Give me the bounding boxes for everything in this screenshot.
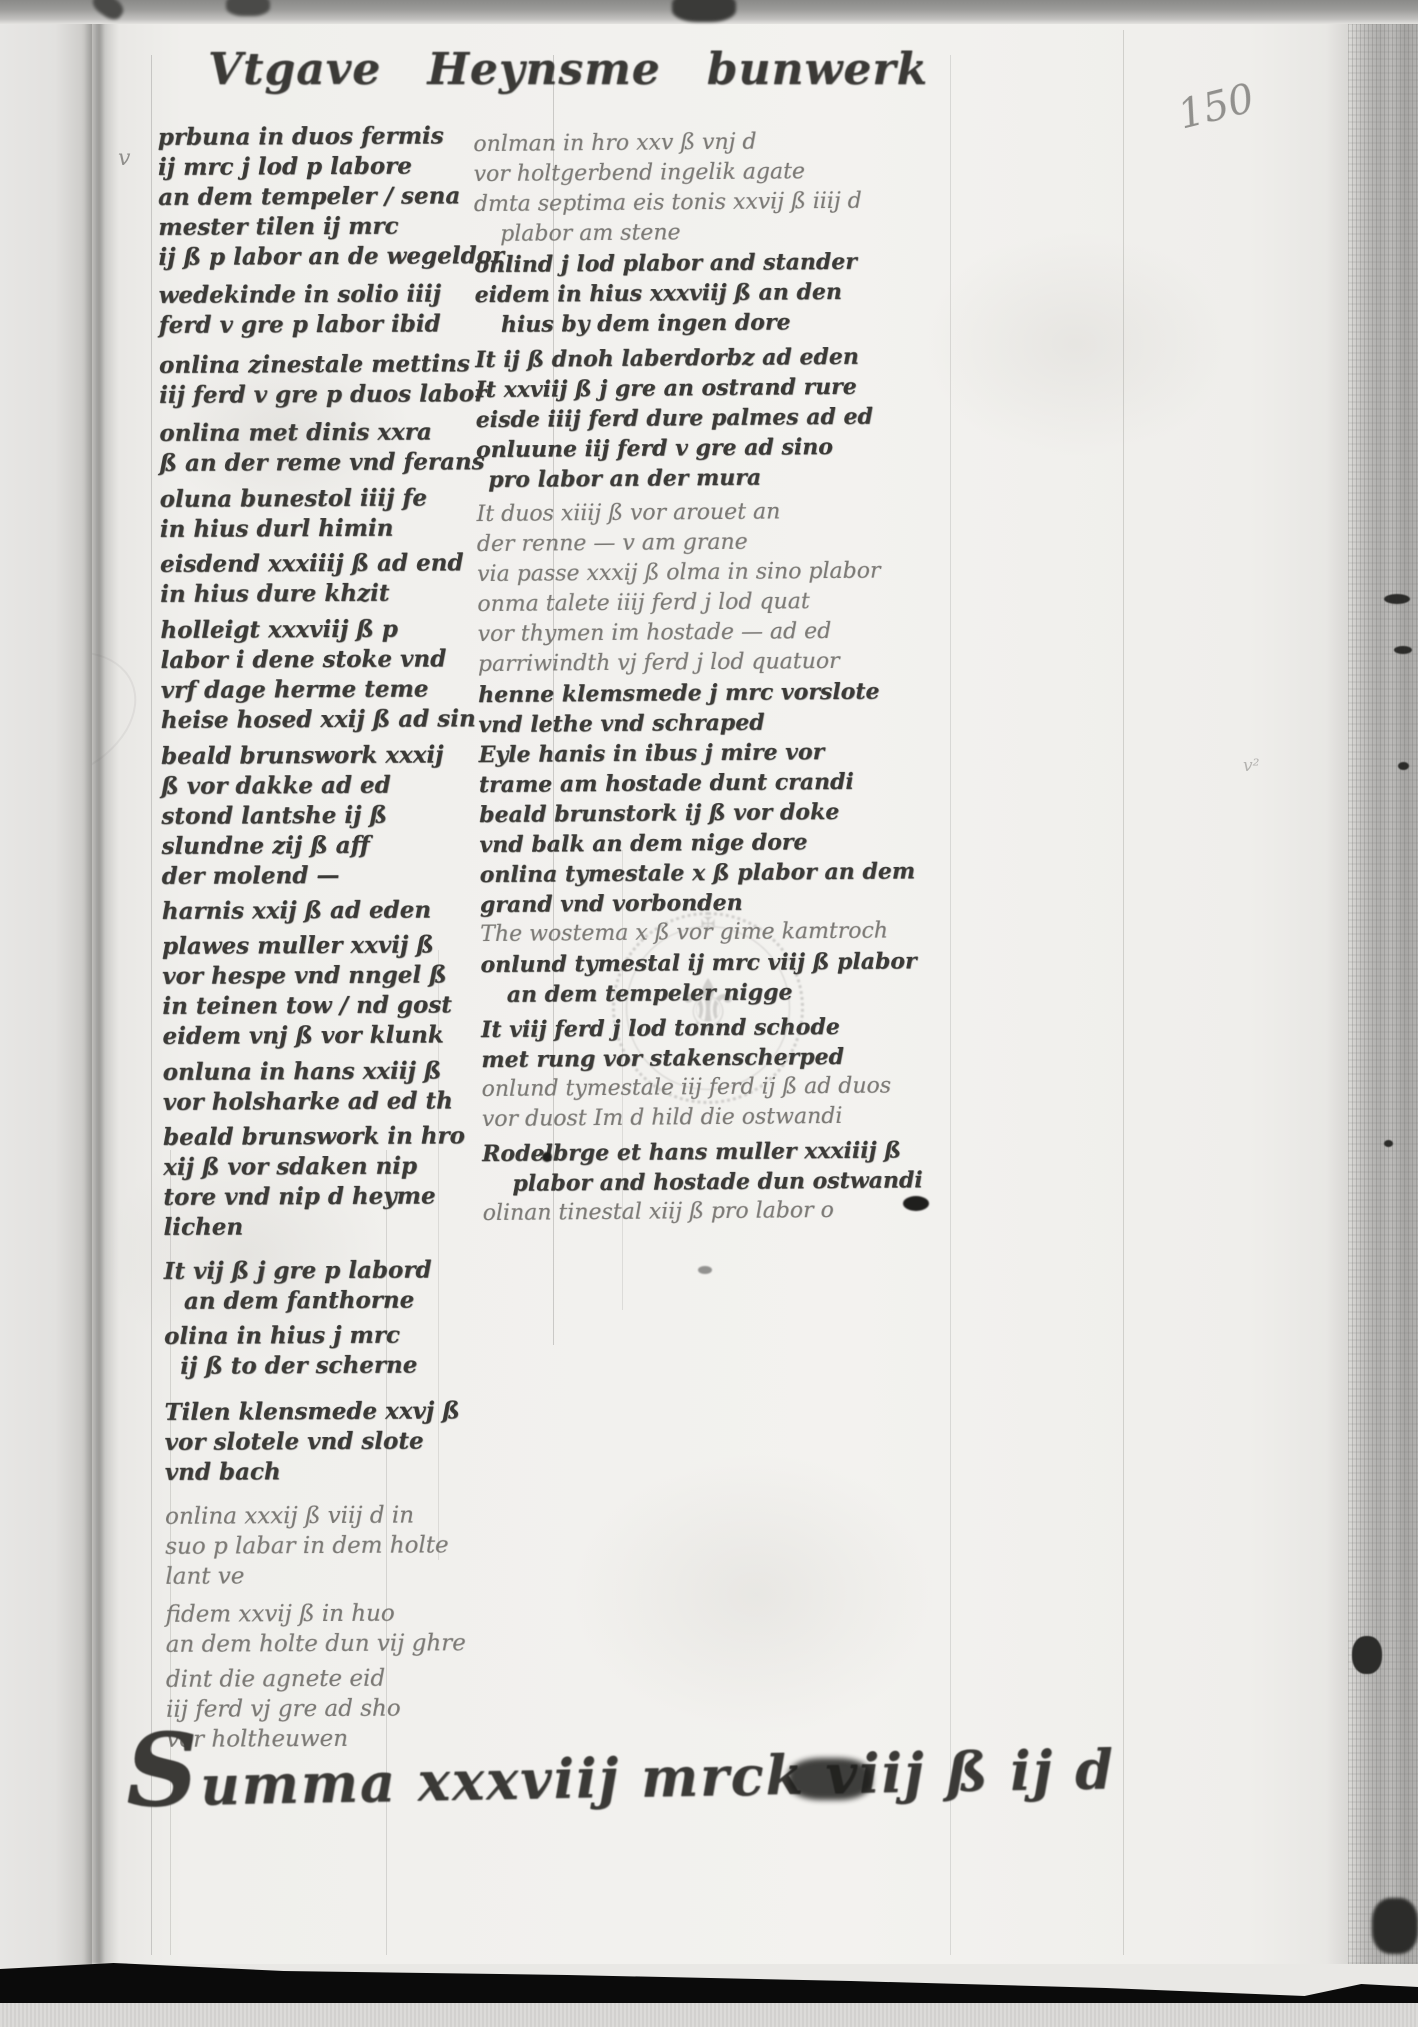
edge-speck xyxy=(1384,594,1410,604)
manuscript-line: eisde iiij ferd dure palmes ad ed xyxy=(476,401,956,435)
manuscript-line: oluna bunestol iiij fe xyxy=(160,483,490,515)
manuscript-line: lichen xyxy=(163,1211,493,1243)
manuscript-line: onlina met dinis xxra xyxy=(159,417,489,449)
manuscript-line: suo p labar in dem holte xyxy=(165,1530,495,1562)
manuscript-line: olinan tinestal xiij ß pro labor o xyxy=(483,1195,963,1229)
manuscript-line: eisdend xxxiiij ß ad end xyxy=(160,548,490,580)
heading-word: bunwerk xyxy=(707,44,928,95)
manuscript-line: in hius dure khzit xyxy=(160,578,490,610)
ruling-line xyxy=(151,55,152,1955)
edge-speck xyxy=(1352,1636,1382,1674)
book-bottom-shadow xyxy=(0,1958,1418,2008)
manuscript-line: ß an der reme vnd ferans xyxy=(159,447,489,479)
manuscript-line: vor duost Im d hild die ostwandi xyxy=(482,1101,962,1135)
manuscript-line: an dem tempeler nigge xyxy=(481,976,961,1010)
margin-check-mark: v xyxy=(118,146,130,171)
manuscript-line: henne klemsmede j mrc vorslote xyxy=(478,676,958,710)
manuscript-line: grand vnd vorbonden xyxy=(480,886,960,920)
scan-background-strip xyxy=(0,2003,1418,2027)
manuscript-line: iij ferd vj gre ad sho xyxy=(166,1693,496,1725)
manuscript-line: vor thymen im hostade — ad ed xyxy=(477,616,957,650)
manuscript-line: ferd v gre p labor ibid xyxy=(159,309,489,341)
manuscript-line: plawes muller xxvij ß xyxy=(162,930,492,962)
ink-blot xyxy=(542,1152,552,1162)
manuscript-line: iij ferd v gre p duos labor xyxy=(159,379,489,411)
manuscript-line: an dem fanthorne xyxy=(164,1285,494,1317)
manuscript-line: onlman in hro xxv ß vnj d xyxy=(473,126,953,160)
manuscript-line: dmta septima eis tonis xxvij ß iiij d xyxy=(474,186,954,220)
edge-speck xyxy=(1398,762,1409,770)
manuscript-line: It duos xiiij ß vor arouet an xyxy=(476,496,956,530)
manuscript-line: ij mrc j lod p labore xyxy=(158,151,488,183)
manuscript-line: onlina xxxij ß viij d in xyxy=(165,1500,495,1532)
manuscript-line: wedekinde in solio iiij xyxy=(159,279,489,311)
gutter-shadow xyxy=(84,12,118,1964)
margin-note-mark: v² xyxy=(1243,756,1259,776)
manuscript-line: an dem tempeler / sena xyxy=(158,181,488,213)
manuscript-line: ß vor dakke ad ed xyxy=(161,770,491,802)
manuscript-line: It viij ferd j lod tonnd schode xyxy=(481,1011,961,1045)
manuscript-line: onlina tymestale x ß plabor an dem xyxy=(480,856,960,890)
manuscript-line: olina in hius j mrc xyxy=(164,1320,494,1352)
ruling-line xyxy=(1123,30,1124,1955)
edge-speck xyxy=(1384,1140,1393,1147)
manuscript-line: labor i dene stoke vnd xyxy=(160,644,490,676)
manuscript-line: xij ß vor sdaken nip xyxy=(163,1151,493,1183)
manuscript-line: hius by dem ingen dore xyxy=(475,306,955,340)
page-heading: VtgaveHeynsmebunwerk xyxy=(208,44,974,95)
manuscript-line: plabor and hostade dun ostwandi xyxy=(482,1165,962,1199)
manuscript-line: slundne zij ß aff xyxy=(161,830,491,862)
previous-page-edge xyxy=(0,12,92,1967)
manuscript-line: beald brunswork xxxij xyxy=(161,740,491,772)
manuscript-line: tore vnd nip d heyme xyxy=(163,1181,493,1213)
manuscript-line: prbuna in duos fermis xyxy=(158,121,488,153)
heading-word: Heynsme xyxy=(427,44,660,95)
manuscript-line: onluune iij ferd v gre ad sino xyxy=(476,431,956,465)
manuscript-line: pro labor an der mura xyxy=(476,461,956,495)
manuscript-line: eidem vnj ß vor klunk xyxy=(162,1020,492,1052)
manuscript-line: Rodelbrge et hans muller xxxiiij ß xyxy=(482,1135,962,1169)
manuscript-line: ij ß p labor an de wegeldor xyxy=(158,241,488,273)
manuscript-line: eidem in hius xxxviij ß an den xyxy=(475,276,955,310)
manuscript-line: beald brunswork in hro xyxy=(163,1121,493,1153)
manuscript-line: mester tilen ij mrc xyxy=(158,211,488,243)
manuscript-line: onluna in hans xxiij ß xyxy=(163,1056,493,1088)
manuscript-line: vor holtgerbend ingelik agate xyxy=(473,156,953,190)
manuscript-line: vrf dage herme teme xyxy=(161,674,491,706)
top-edge-mark xyxy=(226,0,270,16)
heading-word: Vtgave xyxy=(208,44,381,95)
manuscript-line: onma talete iiij ferd j lod quat xyxy=(477,586,957,620)
manuscript-line: plabor am stene xyxy=(474,216,954,250)
edge-speck xyxy=(1394,646,1412,654)
manuscript-scan: ✠ ⚜ VtgaveHeynsmebunwerk 150 v v² prbuna… xyxy=(0,0,1418,2027)
manuscript-line: vor slotele vnd slote xyxy=(165,1426,495,1458)
manuscript-line: The wostema x ß vor gime kamtroch xyxy=(480,916,960,950)
manuscript-line: lant ve xyxy=(165,1560,495,1592)
manuscript-line: onlind j lod plabor and stander xyxy=(474,246,954,280)
manuscript-line: onlund tymestal ij mrc viij ß plabor xyxy=(480,946,960,980)
manuscript-line: trame am hostade dunt crandi xyxy=(479,766,959,800)
manuscript-line: It ij ß dnoh laberdorbz ad eden xyxy=(475,341,955,375)
manuscript-line: onlund tymestale iij ferd ij ß ad duos xyxy=(481,1071,961,1105)
manuscript-line: harnis xxij ß ad eden xyxy=(162,895,492,927)
manuscript-line: in teinen tow / nd gost xyxy=(162,990,492,1022)
text-column-right: onlman in hro xxv ß vnj dvor holtgerbend… xyxy=(473,126,963,1229)
manuscript-line: vor holsharke ad ed th xyxy=(163,1086,493,1118)
ink-smear xyxy=(788,1758,872,1800)
manuscript-line: stond lantshe ij ß xyxy=(161,800,491,832)
manuscript-line: It xxviij ß j gre an ostrand rure xyxy=(475,371,955,405)
manuscript-line: fidem xxvij ß in huo xyxy=(165,1598,495,1630)
manuscript-line: an dem holte dun vij ghre xyxy=(166,1628,496,1660)
manuscript-line: dint die agnete eid xyxy=(166,1663,496,1695)
manuscript-line: beald brunstork ij ß vor doke xyxy=(479,796,959,830)
ink-blot xyxy=(698,1266,712,1274)
manuscript-line: via passe xxxij ß olma in sino plabor xyxy=(477,556,957,590)
manuscript-line: der molend — xyxy=(162,860,492,892)
manuscript-line: vnd lethe vnd schraped xyxy=(478,706,958,740)
manuscript-line: vor hespe vnd nngel ß xyxy=(162,960,492,992)
manuscript-line: met rung vor stakenscherped xyxy=(481,1041,961,1075)
manuscript-line: vnd bach xyxy=(165,1456,495,1488)
manuscript-line: ij ß to der scherne xyxy=(164,1350,494,1382)
manuscript-line: in hius durl himin xyxy=(160,513,490,545)
manuscript-line: Eyle hanis in ibus j mire vor xyxy=(479,736,959,770)
manuscript-line: Tilen klensmede xxvj ß xyxy=(164,1396,494,1428)
ink-blot xyxy=(903,1196,929,1211)
manuscript-line: holleigt xxxviij ß p xyxy=(160,614,490,646)
manuscript-line: It vij ß j gre p labord xyxy=(164,1255,494,1287)
manuscript-line: onlina zinestale mettins xyxy=(159,349,489,381)
text-column-left: prbuna in duos fermisij mrc j lod p labo… xyxy=(158,121,497,1755)
top-edge-mark xyxy=(672,0,736,22)
manuscript-line: heise hosed xxij ß ad sin xyxy=(161,704,491,736)
manuscript-line: der renne — v am grane xyxy=(477,526,957,560)
edge-speck xyxy=(1372,1898,1418,1954)
manuscript-line: vnd balk an dem nige dore xyxy=(479,826,959,860)
manuscript-line: parriwindth vj ferd j lod quatuor xyxy=(478,646,958,680)
